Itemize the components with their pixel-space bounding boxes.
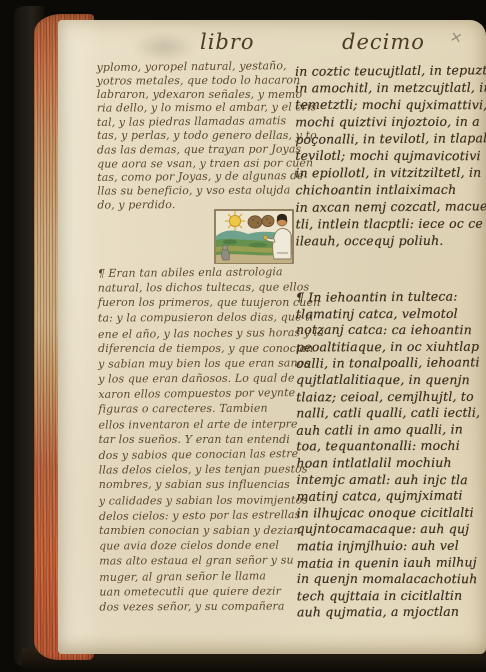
manuscript-text-line: llas su beneficio, y vso esta olujda: [97, 184, 297, 199]
manuscript-text-line: chichoantin intlaiximach: [295, 181, 486, 199]
manuscript-page: libro decimo × yplomo, yoropel natural, …: [58, 20, 486, 654]
manuscript-text-line: qujtlatlalitiaque, in quenjn: [296, 372, 486, 389]
manuscript-text-line: delos cielos: y esto por las estrellas: [99, 507, 299, 524]
manuscript-text-line: yplomo, yoropel natural, yestaño,: [97, 59, 297, 75]
manuscript-text-line: ene el año, y las noches y sus horas y l…: [98, 325, 298, 342]
illustration-drawing: [214, 209, 294, 264]
manuscript-text-line: tal, y las piedras llamadas amatis: [97, 114, 297, 130]
manuscript-text-line: mochi quiztivi injoztoio, in a: [295, 113, 486, 131]
manuscript-text-line: figuras o carecteres. Tambien: [98, 401, 298, 417]
manuscript-text-line: matia in quenin iauh milhuj: [297, 554, 486, 572]
manuscript-text-line: tlaiaz; ceioal, cemjlhujtl, to: [296, 388, 486, 405]
book-photo: libro decimo × yplomo, yoropel natural, …: [0, 0, 486, 672]
spanish-paragraph-2: ¶ Eran tan abiles enla astrologianatural…: [98, 264, 300, 614]
manuscript-text-line: intemjc amatl: auh injc tla: [296, 471, 486, 488]
manuscript-text-line: notzanj catca: ca iehoantin: [296, 322, 486, 339]
manuscript-text-line: auh qujmatia, a mjoctlan: [297, 604, 486, 621]
manuscript-text-line: tas, y perlas, y todo genero dellas, y t…: [97, 129, 297, 143]
manuscript-text-line: xaron ellos compuestos por veynte: [98, 385, 298, 402]
manuscript-text-line: matinj catca, qujmjximati: [296, 487, 486, 505]
manuscript-text-line: peoaltitiaque, in oc xiuhtlap: [296, 338, 486, 355]
pencil-mark: ×: [448, 27, 464, 47]
ink-smudge: [132, 32, 196, 62]
manuscript-text-line: qujntocamacaque: auh quj: [297, 521, 486, 538]
manuscript-text-line: toa, tequantonalli: mochi: [296, 438, 486, 455]
manuscript-text-line: tevilotl; mochi qujmavicotivi: [295, 147, 486, 164]
manuscript-text-line: hoan intlatlalil mochiuh: [296, 455, 486, 472]
manuscript-text-line: tambien conocian y sabian y dezian: [99, 523, 299, 538]
manuscript-text-line: que avia doze cielos donde enel: [99, 538, 299, 554]
manuscript-text-line: tlamatinj catca, velmotol: [296, 305, 486, 322]
manuscript-text-line: auh catli in amo qualli, in: [296, 421, 486, 439]
manuscript-text-line: in amochitl, in metzcujtlatl, in: [295, 79, 486, 97]
manuscript-text-line: temetztli; mochi qujximattivi,: [295, 96, 486, 113]
manuscript-text-line: y calidades y sabian los movimjentos: [99, 492, 299, 508]
manuscript-text-line: fueron los primeros, que tuujeron cuen: [98, 295, 298, 310]
manuscript-text-line: oalli, in tonalpoalli, iehoanti: [296, 355, 486, 373]
manuscript-text-line: ¶ In iehoantin in tulteca:: [296, 288, 486, 306]
manuscript-text-line: llas delos cielos, y les tenjan puestos: [99, 462, 299, 478]
manuscript-text-line: y sabian muy bien los que eran sanos: [98, 355, 298, 371]
manuscript-text-line: ¶ Eran tan abiles enla astrologia: [98, 264, 298, 281]
manuscript-text-line: diferencia de tiempos, y que conocian: [98, 341, 298, 356]
manuscript-text-line: poçonalli, in tevilotl, in tlapal: [295, 129, 486, 148]
manuscript-text-line: in axcan nemj cozcatl, macuex: [295, 197, 486, 216]
manuscript-text-line: dos y sabios que conocian las estre: [99, 446, 299, 463]
nahuatl-text-column: in coztic teucujtlatl, in tepuztli,in am…: [295, 62, 486, 622]
manuscript-text-line: ta: y la compusieron delos dias, que ti: [98, 310, 298, 326]
manuscript-text-line: tas, como por Joyas, y de algunas de: [97, 169, 297, 185]
manuscript-text-line: ellos inventaron el arte de interpre: [98, 416, 298, 432]
nahuatl-paragraph-2: ¶ In iehoantin in tulteca:tlamatinj catc…: [296, 289, 486, 622]
manuscript-text-line: yotros metales, que todo lo hacaron: [97, 73, 297, 88]
manuscript-text-line: natural, los dichos tultecas, que ellos: [98, 279, 298, 295]
manuscript-text-line: muger, al gran señor le llama: [99, 568, 299, 585]
manuscript-text-line: dos vezes señor, y su compañera: [99, 598, 299, 614]
manuscript-text-line: in ilhujcac onoque cicitlalti: [297, 504, 486, 521]
running-title-left: libro: [200, 30, 255, 54]
manuscript-text-line: matia injmjlhuio: auh vel: [297, 538, 486, 555]
manuscript-text-line: in coztic teucujtlatl, in tepuztli,: [295, 61, 486, 80]
nahuatl-paragraph-1: in coztic teucujtlatl, in tepuztli,in am…: [295, 62, 486, 250]
manuscript-text-line: das las demas, que trayan por Joyas: [97, 142, 297, 157]
manuscript-text-line: nombres, y sabian sus influencias: [99, 477, 299, 492]
manuscript-text-line: ileauh, occequj poliuh.: [296, 232, 486, 250]
manuscript-text-line: tar los sueños. Y eran tan entendi: [99, 432, 299, 447]
manuscript-text-line: uan ometecutli que quiere dezir: [99, 583, 299, 599]
spanish-text-column: yplomo, yoropel natural, yestaño,yotros …: [97, 59, 300, 614]
manuscript-text-line: in quenjn momalacachotiuh: [297, 571, 486, 588]
manuscript-text-line: tli, intlein tlacptli: iece oc ce: [296, 215, 486, 233]
manuscript-text-line: labraron, ydexaron señales, y memo: [97, 88, 297, 102]
manuscript-text-line: tech qujttaia in cicitlaltin: [297, 587, 486, 604]
illustration-sun-landscape-figure: [214, 209, 294, 264]
spanish-paragraph-1: yplomo, yoropel natural, yestaño,yotros …: [97, 59, 298, 212]
manuscript-text-line: mas alto estaua el gran señor y su: [99, 553, 299, 569]
running-title-right: decimo: [342, 30, 425, 54]
manuscript-text-line: nalli, catli qualli, catli iectli,: [296, 405, 486, 422]
manuscript-text-line: in epiollotl, in vitzitziltetl, in: [295, 164, 486, 182]
